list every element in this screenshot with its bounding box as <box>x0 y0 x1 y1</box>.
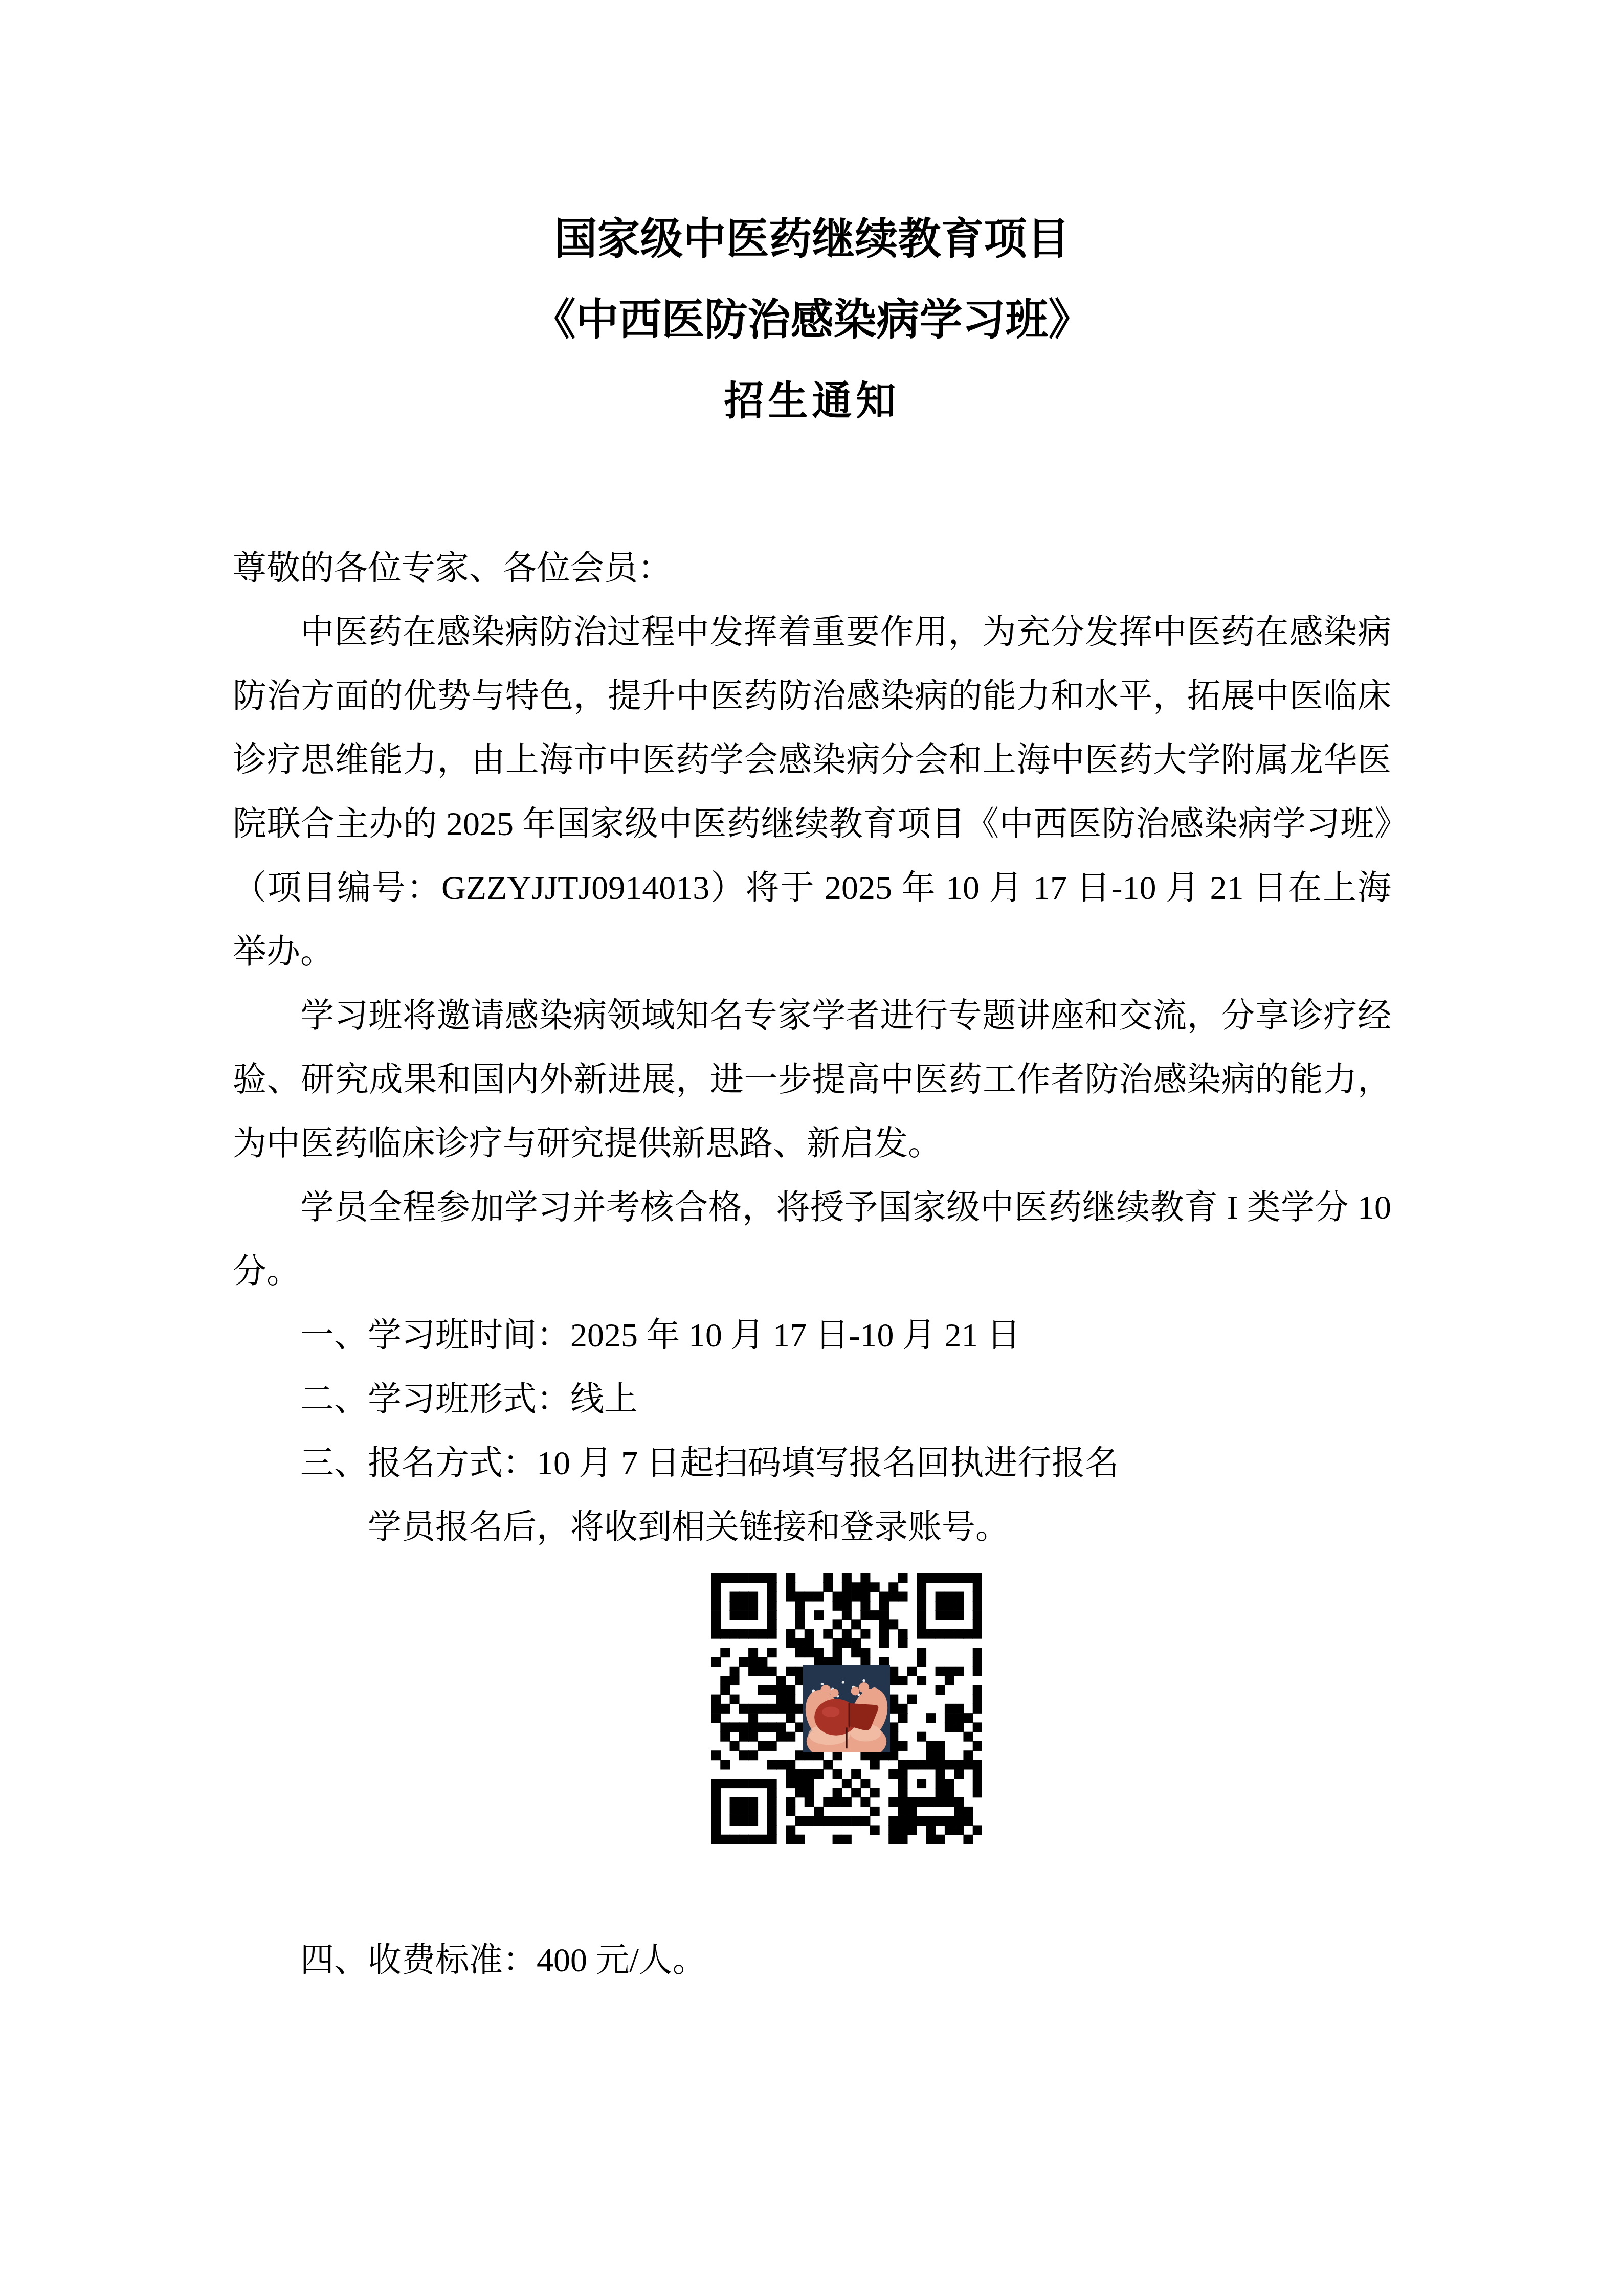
paragraph-background: 中医药在感染病防治过程中发挥着重要作用，为充分发挥中医药在感染病防治方面的优势与… <box>233 600 1391 984</box>
notice-subtitle: 招生通知 <box>0 361 1624 442</box>
paragraph-invited-experts: 学习班将邀请感染病领域知名专家学者进行专题讲座和交流，分享诊疗经验、研究成果和国… <box>233 984 1391 1176</box>
liver-in-hands-icon <box>803 1665 890 1752</box>
title-block: 国家级中医药继续教育项目 《中西医防治感染病学习班》 招生通知 <box>0 0 1624 442</box>
page-title: 国家级中医药继续教育项目 <box>0 199 1624 280</box>
list-item-registration: 三、报名方式：10 月 7 日起扫码填写报名回执进行报名 <box>233 1431 1391 1495</box>
document-body: 尊敬的各位专家、各位会员： 中医药在感染病防治过程中发挥着重要作用，为充分发挥中… <box>0 536 1624 1992</box>
document-page: 国家级中医药继续教育项目 《中西医防治感染病学习班》 招生通知 尊敬的各位专家、… <box>0 0 1624 2296</box>
course-title: 《中西医防治感染病学习班》 <box>0 280 1624 361</box>
registration-note: 学员报名后，将收到相关链接和登录账号。 <box>233 1495 1391 1559</box>
list-item-fee: 四、收费标准：400 元/人。 <box>233 1928 1391 1992</box>
paragraph-credits: 学员全程参加学习并考核合格，将授予国家级中医药继续教育 I 类学分 10 分。 <box>233 1176 1391 1303</box>
salutation: 尊敬的各位专家、各位会员： <box>233 536 1391 600</box>
list-item-format: 二、学习班形式：线上 <box>233 1367 1391 1431</box>
qr-code-block <box>233 1573 1391 1844</box>
list-item-time: 一、学习班时间：2025 年 10 月 17 日-10 月 21 日 <box>233 1303 1391 1367</box>
